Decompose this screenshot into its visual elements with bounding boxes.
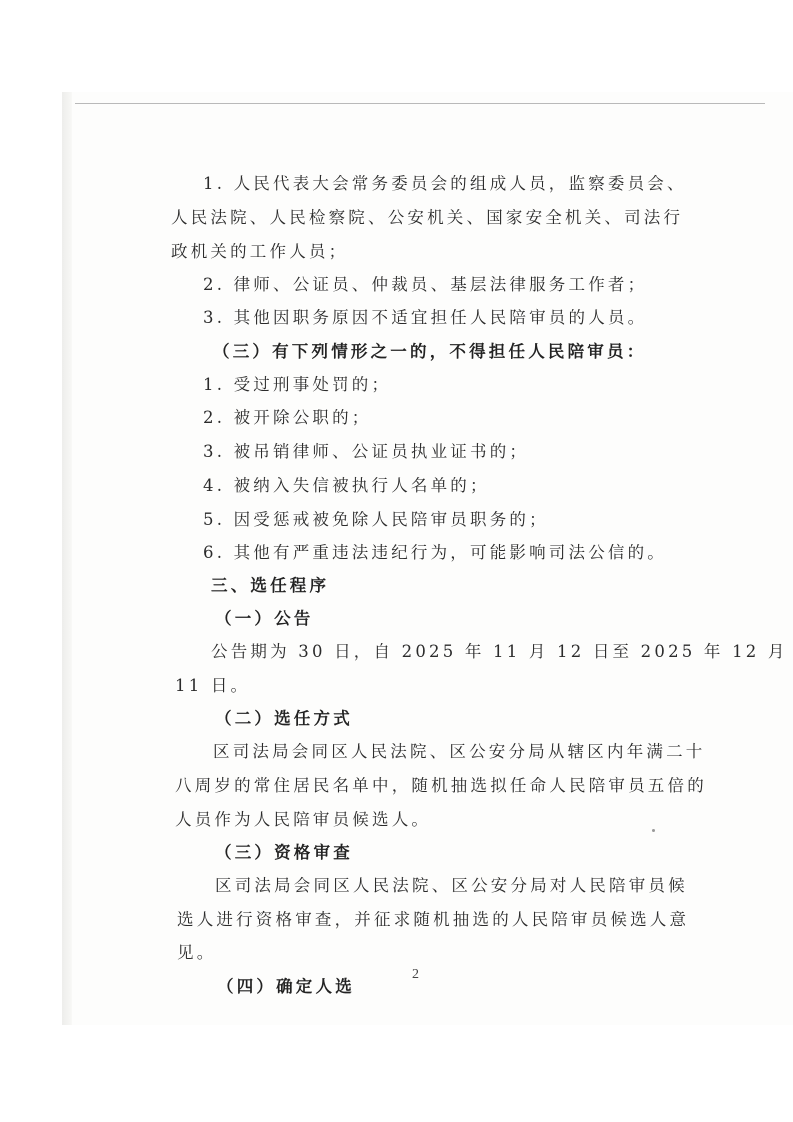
scan-speck (652, 829, 655, 832)
list-item: 6. 其他有严重违法违纪行为，可能影响司法公信的。 (203, 539, 667, 563)
section-heading: （三）有下列情形之一的，不得担任人民陪审员： (213, 338, 646, 362)
list-item: 3. 被吊销律师、公证员执业证书的； (203, 438, 529, 462)
text-line: 11 日。 (175, 672, 250, 696)
list-item: 1. 受过刑事处罚的； (203, 371, 391, 395)
chapter-heading: 三、选任程序 (211, 572, 329, 596)
text-line: 人员作为人民陪审员候选人。 (175, 806, 431, 830)
page-number: 2 (412, 967, 419, 983)
text-line: 3. 其他因职务原因不适宜担任人民陪审员的人员。 (203, 304, 647, 328)
section-heading: （三）资格审查 (215, 839, 353, 863)
text-line: 选人进行资格审查，并征求随机抽选的人民陪审员候选人意 (177, 906, 689, 930)
text-line: 见。 (177, 939, 216, 963)
document-body: 1. 人民代表大会常务委员会的组成人员，监察委员会、 人民法院、人民检察院、公安… (0, 0, 793, 1122)
text-line: 人民法院、人民检察院、公安机关、国家安全机关、司法行 (171, 204, 683, 228)
text-line: 区司法局会同区人民法院、区公安分局对人民陪审员候 (215, 872, 688, 896)
list-item: 2. 被开除公职的； (203, 404, 372, 428)
text-line: 区司法局会同区人民法院、区公安分局从辖区内年满二十 (213, 738, 706, 762)
text-line: 公告期为 30 日，自 2025 年 11 月 12 日至 2025 年 12 … (211, 638, 788, 662)
section-heading: （四）确定人选 (217, 973, 355, 997)
section-heading: （二）选任方式 (215, 705, 353, 729)
text-line: 八周岁的常住居民名单中，随机抽选拟任命人民陪审员五倍的 (175, 772, 707, 796)
text-line: 政机关的工作人员； (171, 238, 348, 262)
list-item: 4. 被纳入失信被执行人名单的； (203, 472, 490, 496)
list-item: 5. 因受惩戒被免除人民陪审员职务的； (203, 506, 549, 530)
section-heading: （一）公告 (215, 605, 314, 629)
text-line: 1. 人民代表大会常务委员会的组成人员，监察委员会、 (203, 170, 687, 194)
text-line: 2. 律师、公证员、仲裁员、基层法律服务工作者； (203, 271, 647, 295)
